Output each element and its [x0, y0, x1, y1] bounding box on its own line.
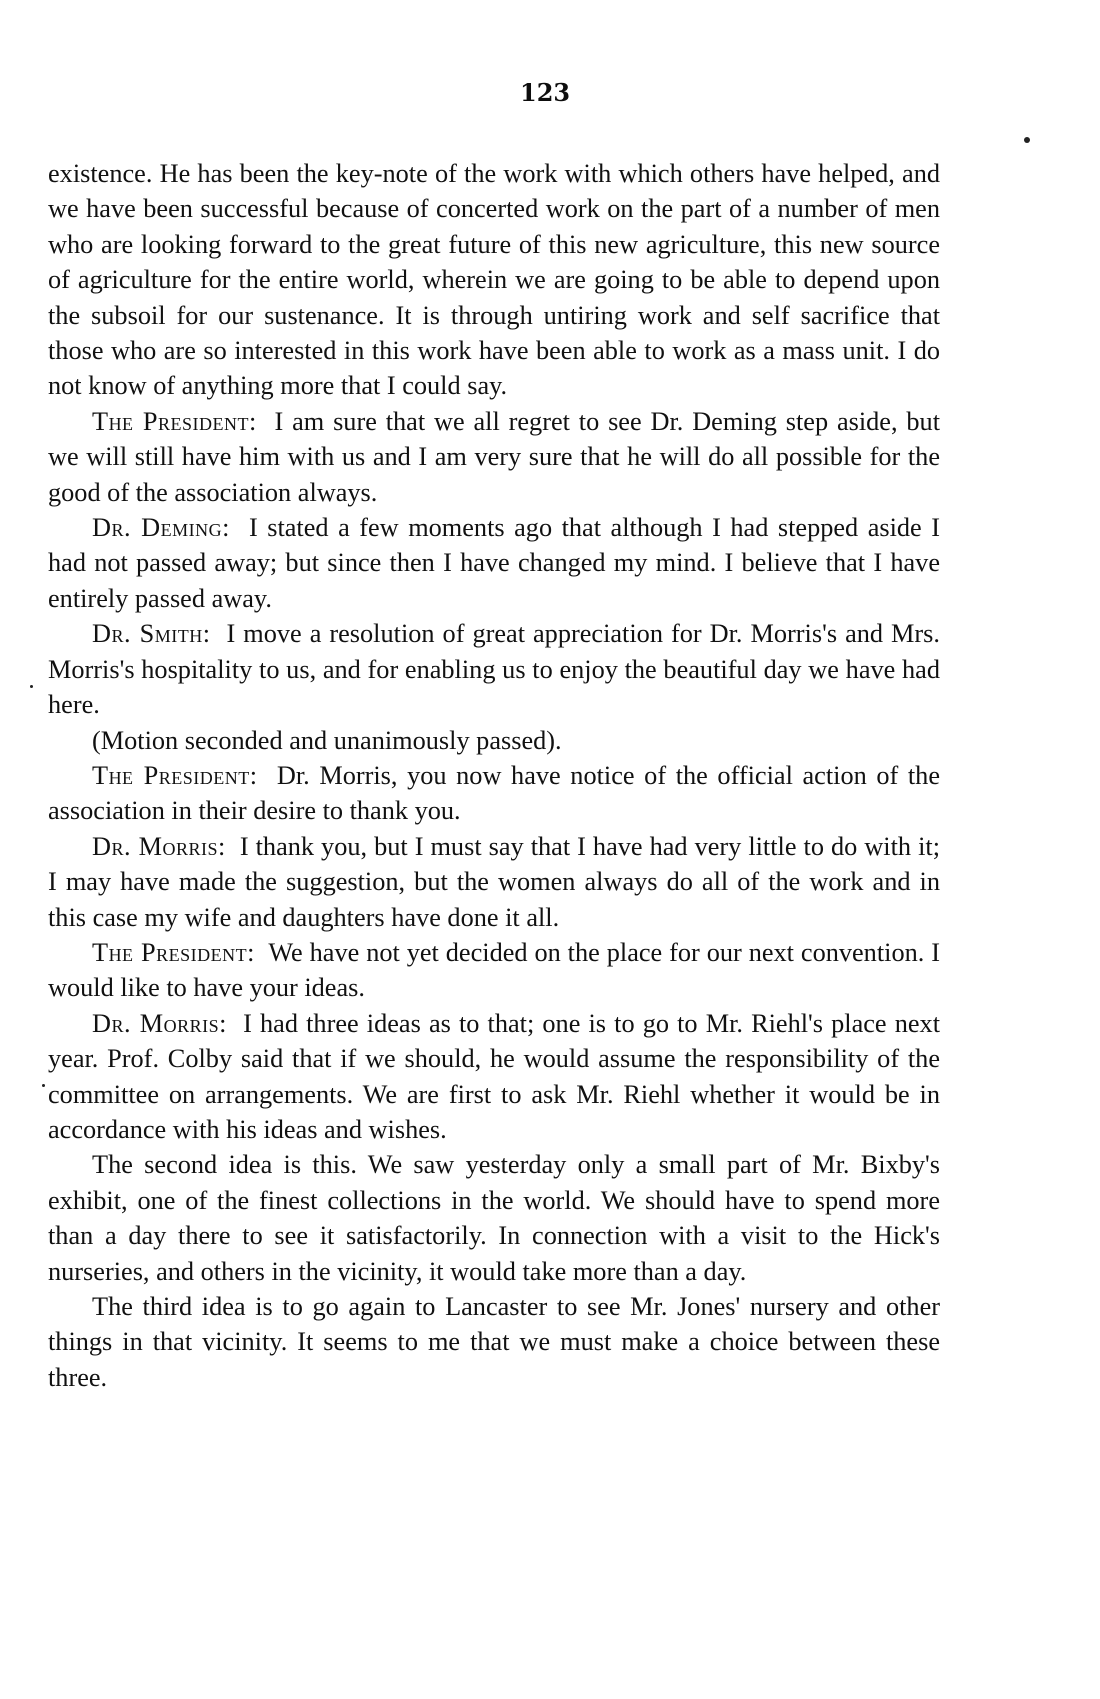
speaker-label: The President: [92, 938, 255, 967]
speaker-label: Dr. Deming: [92, 513, 230, 542]
paragraph: The President: Dr. Morris, you now have … [48, 758, 940, 829]
paragraph-text: existence. He has been the key-note of t… [48, 159, 940, 400]
paragraph: Dr. Smith: I move a resolution of great … [48, 616, 940, 722]
paragraph-text: The second idea is this. We saw yesterda… [48, 1150, 940, 1285]
body-text: existence. He has been the key-note of t… [48, 156, 940, 1395]
scan-speck [42, 1084, 45, 1087]
paragraph: Dr. Morris: I thank you, but I must say … [48, 829, 940, 935]
page-number: 123 [520, 78, 570, 107]
paragraph: The second idea is this. We saw yesterda… [48, 1147, 940, 1289]
paragraph: Dr. Morris: I had three ideas as to that… [48, 1006, 940, 1148]
paragraph: The President: I am sure that we all reg… [48, 404, 940, 510]
paragraph: Dr. Deming: I stated a few moments ago t… [48, 510, 940, 616]
speaker-label: The President: [92, 761, 258, 790]
scan-speck [30, 685, 33, 688]
paragraph: (Motion seconded and unanimously passed)… [48, 723, 940, 758]
speaker-label: Dr. Morris: [92, 832, 226, 861]
paragraph: The third idea is to go again to Lancast… [48, 1289, 940, 1395]
speaker-label: Dr. Morris: [92, 1009, 227, 1038]
paragraph-text: (Motion seconded and unanimously passed)… [92, 726, 562, 755]
paragraph-text: The third idea is to go again to Lancast… [48, 1292, 940, 1392]
speaker-label: The President: [92, 407, 257, 436]
paragraph: existence. He has been the key-note of t… [48, 156, 940, 404]
scan-speck [1024, 137, 1030, 143]
speaker-label: Dr. Smith: [92, 619, 211, 648]
paragraph: The President: We have not yet decided o… [48, 935, 940, 1006]
